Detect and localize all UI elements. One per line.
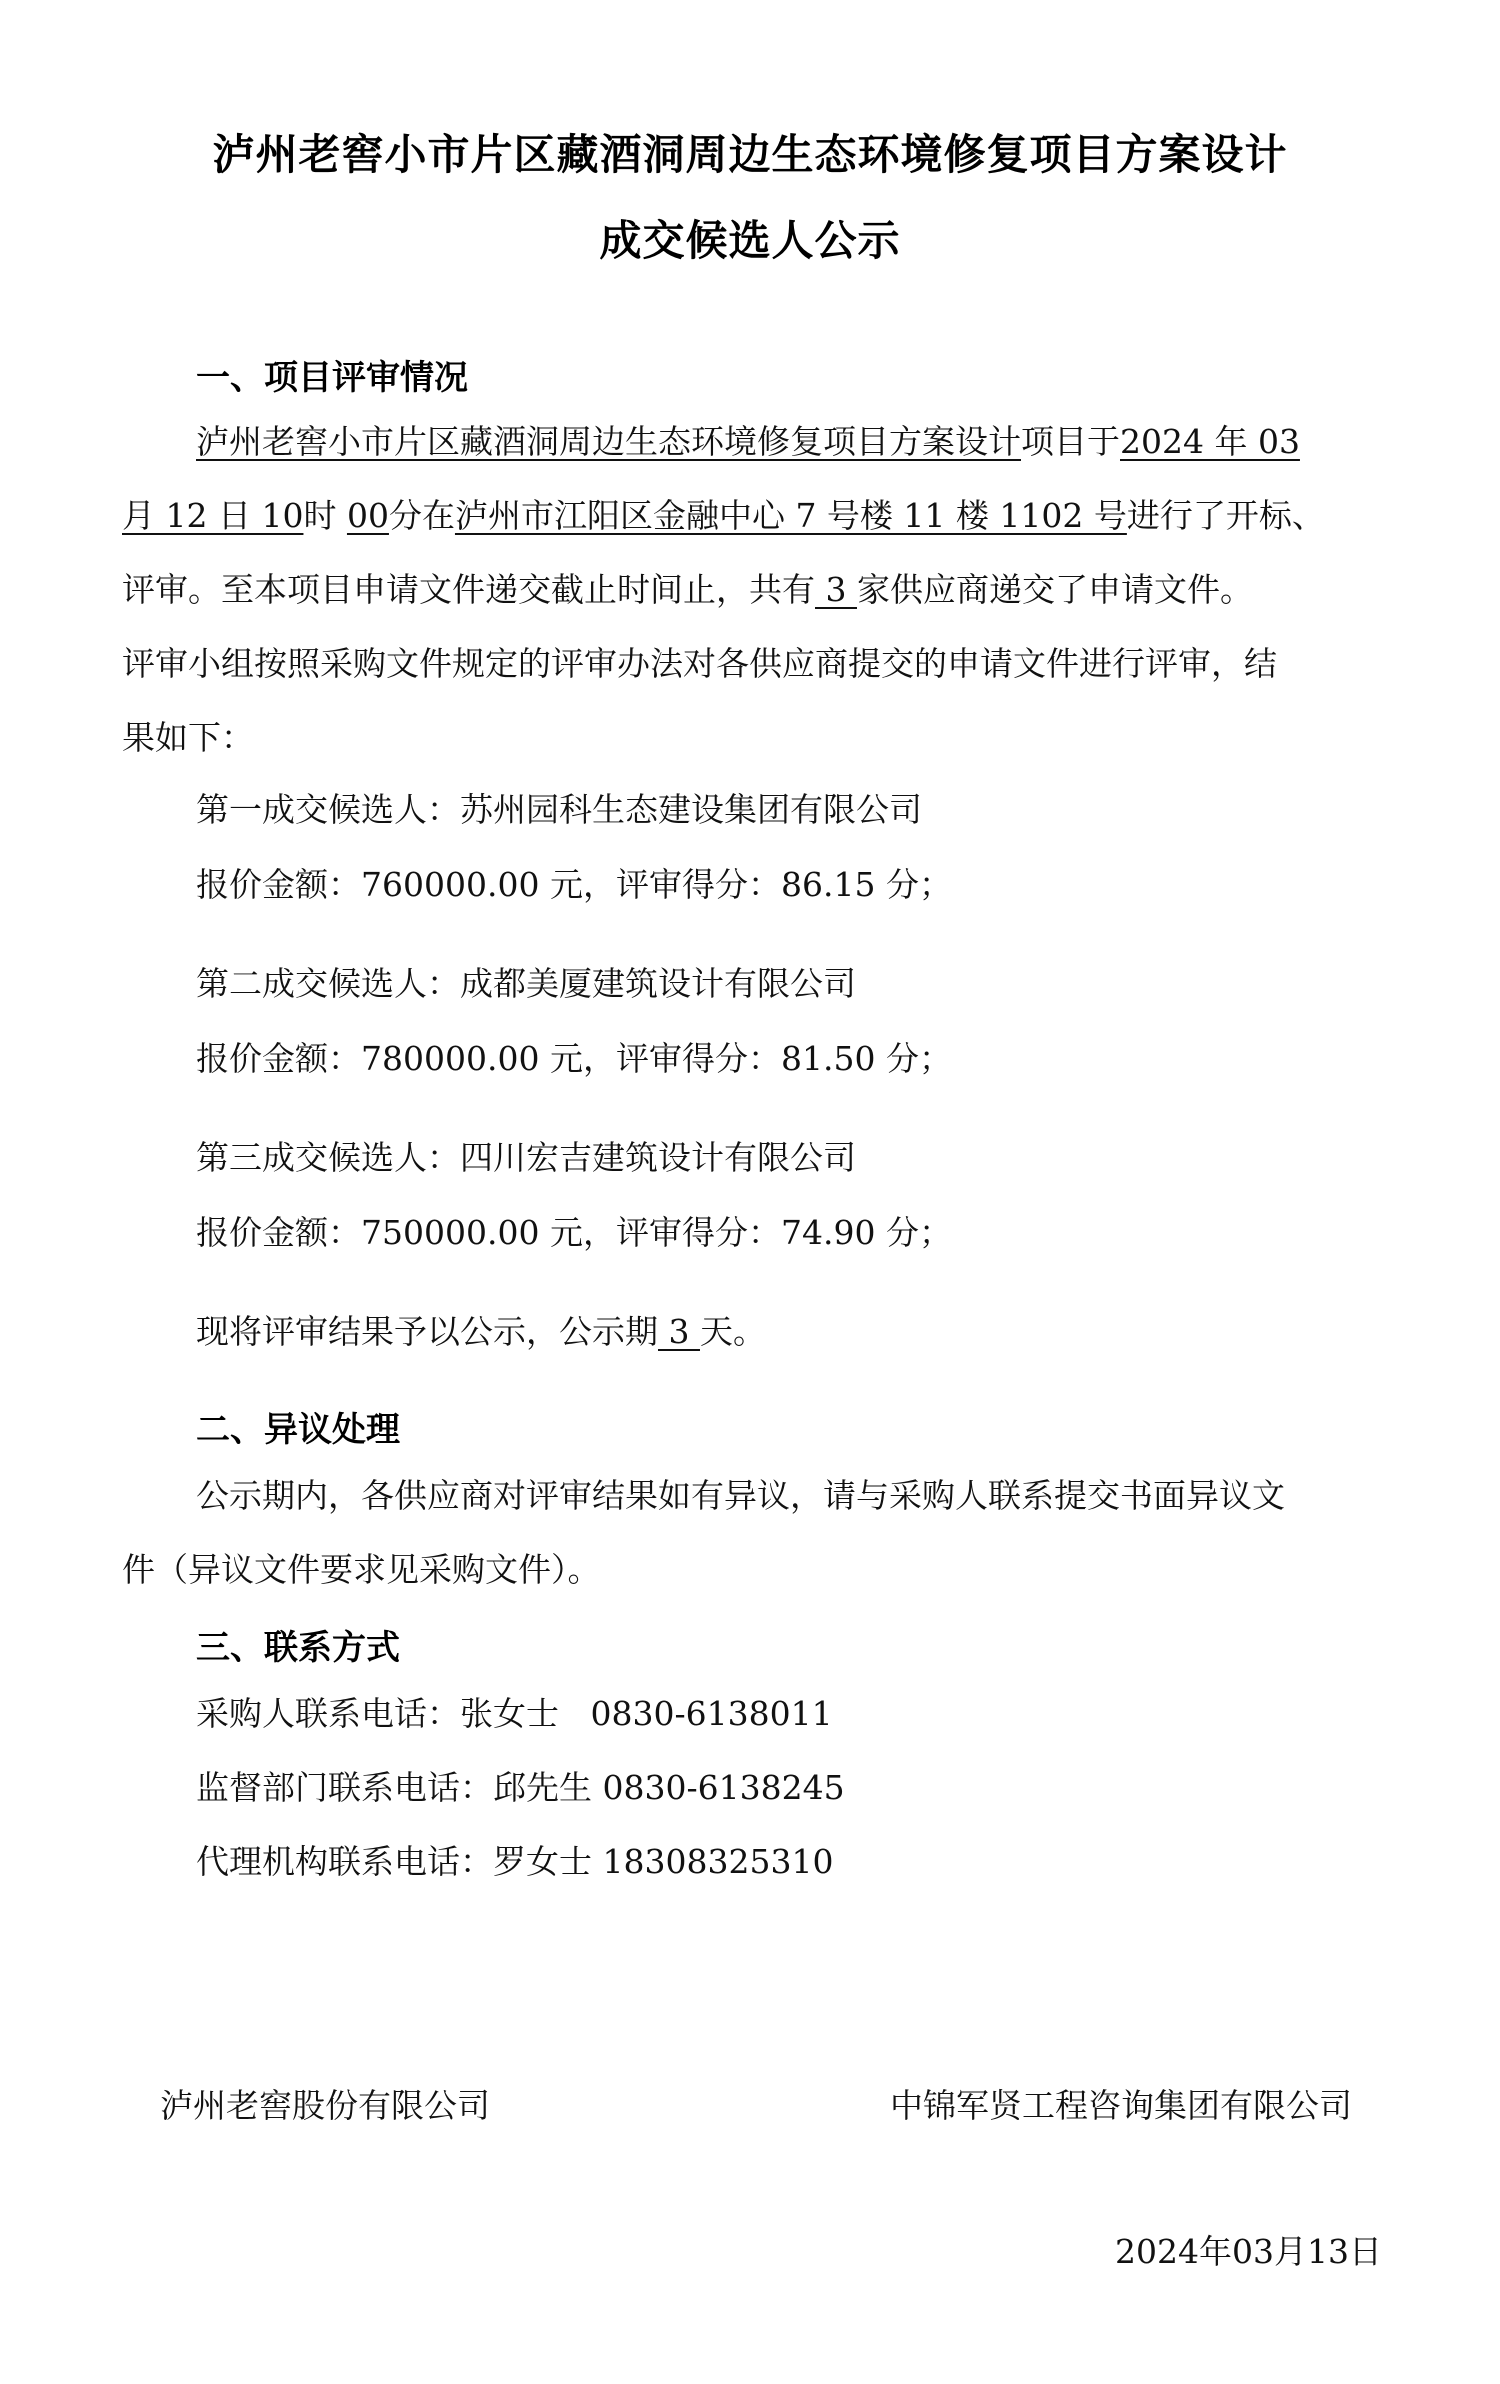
price-label: 报价金额：	[196, 1039, 361, 1078]
rank-label: 第二成交候选人：	[196, 964, 460, 1003]
contact-phone: 18308325310	[603, 1842, 834, 1881]
candidate-1-result: 报价金额：760000.00 元，评审得分：86.15 分；	[196, 865, 952, 905]
review-date: 2024 年 03	[1120, 422, 1300, 461]
paragraph-line: 泸州老窖小市片区藏酒洞周边生态环境修复项目方案设计项目于2024 年 03	[196, 422, 1300, 462]
section-heading-review: 一、项目评审情况	[196, 350, 468, 399]
review-minute: 00	[347, 496, 389, 535]
company-name: 成都美厦建筑设计有限公司	[460, 964, 856, 1003]
signature-date: 2024年03月13日	[1115, 2226, 1382, 2273]
text: 天。	[700, 1312, 766, 1351]
price-unit: 元，	[550, 865, 616, 904]
contact-label: 监督部门联系电话：	[196, 1768, 493, 1807]
contact-phone: 0830-6138011	[590, 1694, 832, 1733]
score-unit: 分；	[886, 1213, 952, 1252]
score-label: 评审得分：	[616, 865, 781, 904]
price-value: 750000.00	[361, 1213, 539, 1252]
company-name: 苏州园科生态建设集团有限公司	[460, 790, 922, 829]
price-unit: 元，	[550, 1039, 616, 1078]
text: 现将评审结果予以公示，公示期	[196, 1312, 658, 1351]
paragraph-line: 果如下：	[122, 718, 254, 758]
signature-agency: 中锦军贤工程咨询集团有限公司	[890, 2080, 1352, 2127]
publicity-period: 现将评审结果予以公示，公示期 3 天。	[196, 1312, 766, 1352]
price-label: 报价金额：	[196, 865, 361, 904]
score-label: 评审得分：	[616, 1213, 781, 1252]
title-project-name: 泸州老窖小市片区藏酒洞周边生态环境修复项目方案设计	[0, 122, 1500, 182]
section-heading-objection: 二、异议处理	[196, 1402, 400, 1451]
score-unit: 分；	[886, 1039, 952, 1078]
rank-label: 第一成交候选人：	[196, 790, 460, 829]
signature-purchaser: 泸州老窖股份有限公司	[160, 2080, 490, 2127]
candidate-2-result: 报价金额：780000.00 元，评审得分：81.50 分；	[196, 1039, 952, 1079]
price-value: 780000.00	[361, 1039, 539, 1078]
text: 项目于	[1021, 422, 1120, 461]
candidate-3-name: 第三成交候选人：四川宏吉建筑设计有限公司	[196, 1138, 856, 1178]
text: 评审。至本项目申请文件递交截止时间止，共有	[122, 570, 815, 609]
contact-person: 张女士	[460, 1694, 559, 1733]
review-location: 泸州市江阳区金融中心 7 号楼 11 楼 1102 号	[455, 496, 1127, 535]
text: 进行了开标、	[1127, 496, 1325, 535]
candidate-2-name: 第二成交候选人：成都美厦建筑设计有限公司	[196, 964, 856, 1004]
paragraph-line: 评审。至本项目申请文件递交截止时间止，共有 3 家供应商递交了申请文件。	[122, 570, 1253, 610]
paragraph-line: 件（异议文件要求见采购文件）。	[122, 1550, 601, 1590]
contact-person: 罗女士	[493, 1842, 592, 1881]
contact-person: 邱先生	[493, 1768, 592, 1807]
contact-purchaser: 采购人联系电话：张女士 0830-6138011	[196, 1694, 833, 1734]
rank-label: 第三成交候选人：	[196, 1138, 460, 1177]
contact-phone: 0830-6138245	[603, 1768, 845, 1807]
publicity-days: 3	[658, 1312, 700, 1351]
announcement-page: 泸州老窖小市片区藏酒洞周边生态环境修复项目方案设计 成交候选人公示 一、项目评审…	[0, 0, 1500, 2384]
title-notice-type: 成交候选人公示	[0, 208, 1500, 268]
candidate-3-result: 报价金额：750000.00 元，评审得分：74.90 分；	[196, 1213, 952, 1253]
text: 时	[303, 496, 336, 535]
supplier-count: 3	[815, 570, 857, 609]
score-value: 86.15	[781, 865, 875, 904]
paragraph-line: 公示期内，各供应商对评审结果如有异议，请与采购人联系提交书面异议文	[196, 1476, 1285, 1516]
paragraph-line: 评审小组按照采购文件规定的评审办法对各供应商提交的申请文件进行评审，结	[122, 644, 1277, 684]
contact-supervisor: 监督部门联系电话：邱先生 0830-6138245	[196, 1768, 845, 1808]
score-label: 评审得分：	[616, 1039, 781, 1078]
candidate-1-name: 第一成交候选人：苏州园科生态建设集团有限公司	[196, 790, 922, 830]
text: 家供应商递交了申请文件。	[857, 570, 1253, 609]
price-label: 报价金额：	[196, 1213, 361, 1252]
review-date-cont: 月 12 日 10	[122, 496, 303, 535]
score-unit: 分；	[886, 865, 952, 904]
contact-label: 代理机构联系电话：	[196, 1842, 493, 1881]
section-heading-contact: 三、联系方式	[196, 1620, 400, 1669]
contact-label: 采购人联系电话：	[196, 1694, 460, 1733]
price-unit: 元，	[550, 1213, 616, 1252]
score-value: 81.50	[781, 1039, 875, 1078]
paragraph-line: 月 12 日 10时 00分在泸州市江阳区金融中心 7 号楼 11 楼 1102…	[122, 496, 1325, 536]
price-value: 760000.00	[361, 865, 539, 904]
contact-agency: 代理机构联系电话：罗女士 18308325310	[196, 1842, 833, 1882]
company-name: 四川宏吉建筑设计有限公司	[460, 1138, 856, 1177]
text: 分在	[389, 496, 455, 535]
score-value: 74.90	[781, 1213, 875, 1252]
project-name: 泸州老窖小市片区藏酒洞周边生态环境修复项目方案设计	[196, 422, 1021, 461]
